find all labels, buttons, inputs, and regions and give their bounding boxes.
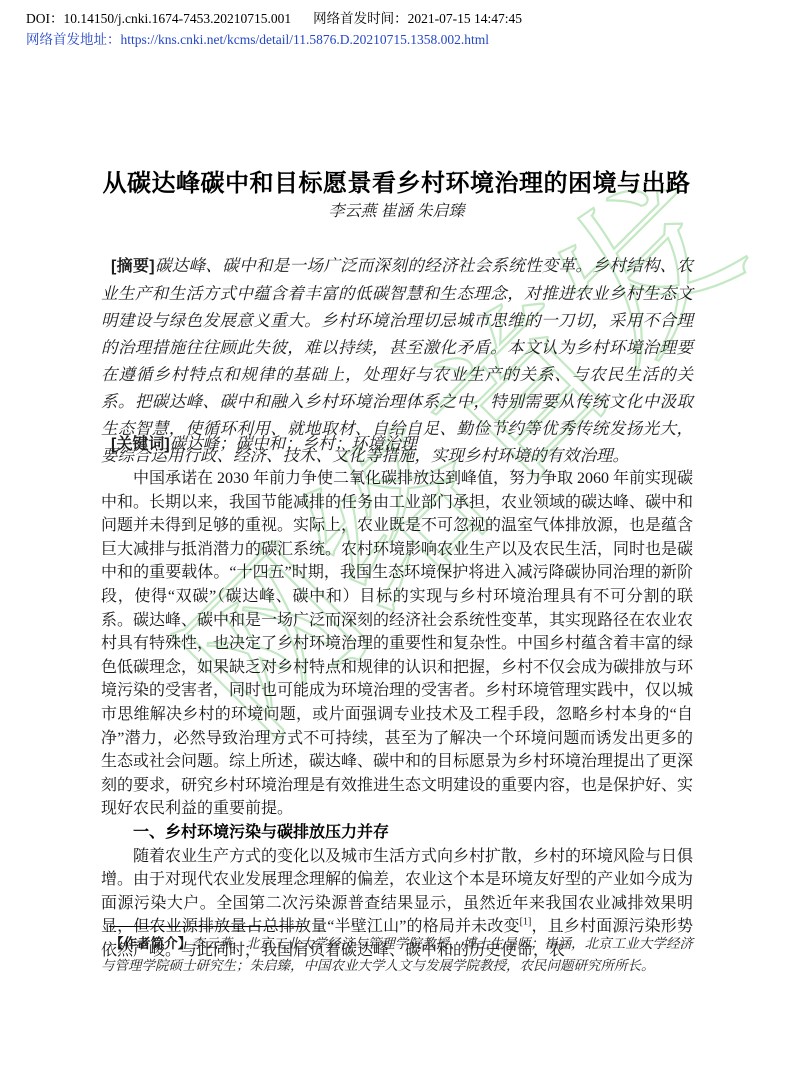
footnote-area: 【作者简介】李云燕，北京工业大学经济与管理学院教授、博士生导师；崔涵，北京工业大… xyxy=(101,926,693,976)
keywords-label: [关键词] xyxy=(111,436,170,453)
article-title: 从碳达峰碳中和目标愿景看乡村环境治理的困境与出路 xyxy=(0,163,793,198)
article-body: 中国承诺在 2030 年前力争使二氧化碳排放达到峰值，努力争取 2060 年前实… xyxy=(101,467,693,962)
keywords-block: [关键词]碳达峰；碳中和；乡村；环境治理 xyxy=(101,430,693,458)
publish-time-label: 网络首发时间： xyxy=(313,11,408,26)
doi-value: 10.14150/j.cnki.1674-7453.20210715.001 xyxy=(64,11,292,26)
online-first-url-row: 网络首发地址：https://kns.cnki.net/kcms/detail/… xyxy=(26,29,522,50)
publish-time-value: 2021-07-15 14:47:45 xyxy=(408,11,522,26)
section-heading-1: 一、乡村环境污染与碳排放压力并存 xyxy=(101,821,693,845)
doi-row: DOI：10.14150/j.cnki.1674-7453.20210715.0… xyxy=(26,8,522,29)
abstract-label: [摘要] xyxy=(111,258,155,275)
authors-line: 李云燕 崔涵 朱启臻 xyxy=(0,198,793,221)
online-first-header: DOI：10.14150/j.cnki.1674-7453.20210715.0… xyxy=(26,8,522,50)
author-bio-label: 【作者简介】 xyxy=(110,936,191,951)
keywords-text: 碳达峰；碳中和；乡村；环境治理 xyxy=(170,434,418,453)
paper-page: 网络首发 DOI：10.14150/j.cnki.1674-7453.20210… xyxy=(0,0,793,1077)
author-bio: 【作者简介】李云燕，北京工业大学经济与管理学院教授、博士生导师；崔涵，北京工业大… xyxy=(101,933,693,976)
body-paragraph-1: 中国承诺在 2030 年前力争使二氧化碳排放达到峰值，努力争取 2060 年前实… xyxy=(101,467,693,821)
url-label: 网络首发地址： xyxy=(26,32,121,47)
online-first-url-link[interactable]: https://kns.cnki.net/kcms/detail/11.5876… xyxy=(121,32,489,47)
footnote-divider xyxy=(109,926,306,927)
doi-label: DOI： xyxy=(26,11,64,26)
